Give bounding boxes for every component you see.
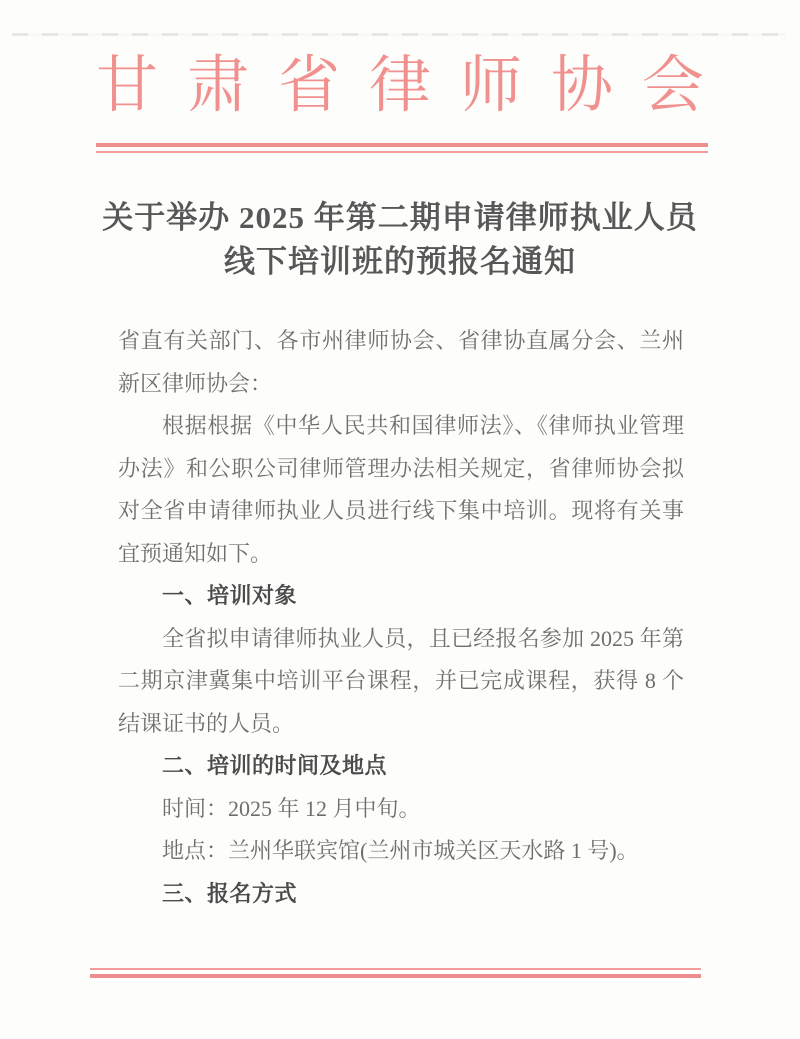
- footer-divider-thick: [90, 974, 701, 978]
- section-3-heading: 三、报名方式: [118, 873, 684, 916]
- letterhead-org-name: 甘肃省律师协会: [0, 52, 800, 120]
- section-2-time-line: 时间：2025 年 12 月中旬。: [118, 788, 684, 831]
- section-1-paragraph: 全省拟申请律师执业人员，且已经报名参加 2025 年第二期京津冀集中培训平台课程…: [118, 618, 684, 746]
- footer-divider-thin: [90, 968, 701, 970]
- document-title-line-2: 线下培训班的预报名通知: [60, 240, 740, 284]
- letterhead-divider-thin: [96, 151, 708, 153]
- scanned-document-page: 甘肃省律师协会 关于举办 2025 年第二期申请律师执业人员 线下培训班的预报名…: [0, 0, 800, 1039]
- document-title: 关于举办 2025 年第二期申请律师执业人员 线下培训班的预报名通知: [60, 196, 740, 284]
- document-title-line-1: 关于举办 2025 年第二期申请律师执业人员: [60, 196, 740, 240]
- salutation-line: 省直有关部门、各市州律师协会、省律协直属分会、兰州新区律师协会：: [118, 320, 684, 405]
- section-2-heading: 二、培训的时间及地点: [118, 745, 684, 788]
- document-body: 省直有关部门、各市州律师协会、省律协直属分会、兰州新区律师协会： 根据根据《中华…: [118, 320, 684, 915]
- section-2-place-line: 地点：兰州华联宾馆(兰州市城关区天水路 1 号)。: [118, 830, 684, 873]
- intro-paragraph: 根据根据《中华人民共和国律师法》、《律师执业管理办法》和公职公司律师管理办法相关…: [118, 405, 684, 575]
- section-1-heading: 一、培训对象: [118, 575, 684, 618]
- scan-artifact-streak: [12, 33, 786, 36]
- letterhead-divider-thick: [96, 143, 708, 147]
